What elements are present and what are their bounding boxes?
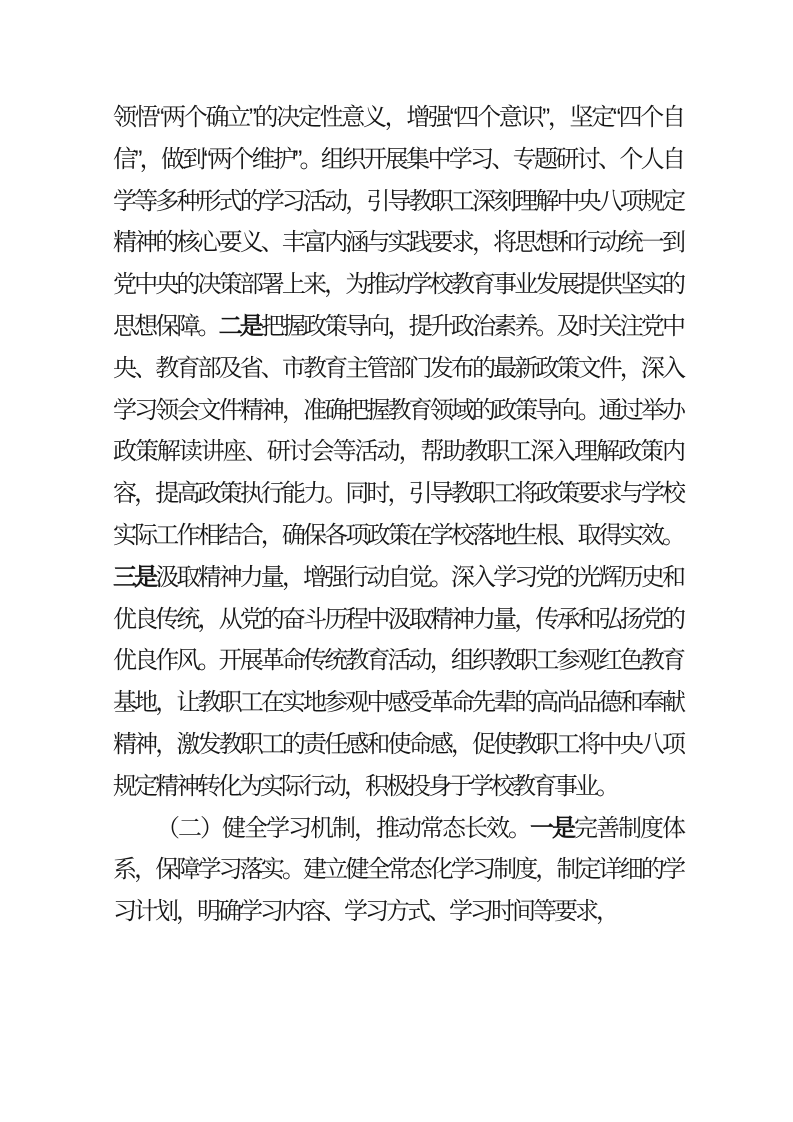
paragraph: （二）健全学习机制，推动常态长效。一是完善制度体系，保障学习落实。建立健全常态化… [113, 808, 683, 933]
emphasis-text: 一是 [530, 815, 574, 842]
document-page: 领悟“两个确立”的决定性意义，增强“四个意识”，坚定“四个自信”，做到“两个维护… [0, 0, 793, 1122]
document-body-text: 领悟“两个确立”的决定性意义，增强“四个意识”，坚定“四个自信”，做到“两个维护… [113, 97, 683, 933]
text-segment: （二）健全学习机制，推动常态长效。 [156, 815, 530, 842]
paragraph: 领悟“两个确立”的决定性意义，增强“四个意识”，坚定“四个自信”，做到“两个维护… [113, 97, 683, 808]
text-segment: 汲取精神力量，增强行动自觉。深入学习党的光辉历史和优良传统，从党的奋斗历程中汲取… [113, 564, 683, 800]
text-segment: 把握政策导向，提升政治素养。及时关注党中央、教育部及省、市教育主管部门发布的最新… [113, 313, 683, 549]
text-segment: 领悟“两个确立”的决定性意义，增强“四个意识”，坚定“四个自信”，做到“两个维护… [113, 104, 683, 340]
emphasis-text: 二是 [219, 313, 261, 340]
emphasis-text: 三是 [113, 564, 155, 591]
